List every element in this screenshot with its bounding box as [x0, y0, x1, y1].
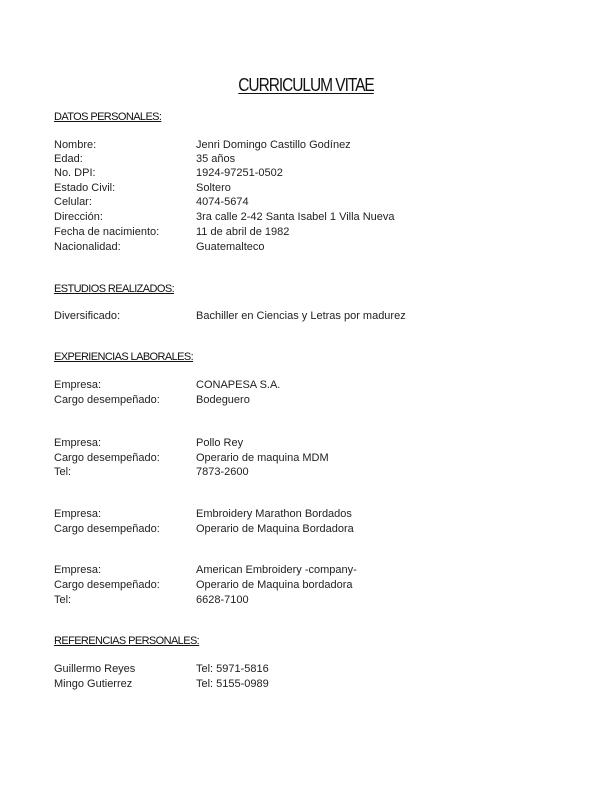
field-value: Embroidery Marathon Bordados: [196, 507, 352, 522]
field-label: Cargo desempeñado:: [54, 522, 160, 537]
field-value: Operario de Maquina Bordadora: [196, 522, 354, 537]
field-value: CONAPESA S.A.: [196, 378, 280, 393]
field-value: Bodeguero: [196, 393, 250, 408]
field-value: 1924-97251-0502: [196, 166, 283, 181]
field-value: Jenri Domingo Castillo Godínez: [196, 138, 351, 153]
field-value: 11 de abril de 1982: [196, 225, 289, 240]
field-label: Diversificado:: [54, 309, 120, 324]
field-label: Empresa:: [54, 436, 101, 451]
field-label: Nacionalidad:: [54, 240, 121, 255]
field-value: 3ra calle 2-42 Santa Isabel 1 Villa Nuev…: [196, 210, 395, 225]
field-label: Nombre:: [54, 138, 96, 153]
field-label: Tel:: [54, 593, 71, 608]
field-value: Soltero: [196, 181, 231, 196]
field-label: Fecha de nacimiento:: [54, 225, 159, 240]
field-label: Empresa:: [54, 563, 101, 578]
field-label: Estado Civil:: [54, 181, 115, 196]
field-label: Tel:: [54, 465, 71, 480]
section-heading-referencias: REFERENCIAS PERSONALES:: [54, 635, 199, 647]
field-label: Cargo desempeñado:: [54, 393, 160, 408]
field-label: Empresa:: [54, 378, 101, 393]
document-title: CURRICULUM VITAE: [43, 75, 569, 96]
field-value: Guatemalteco: [196, 240, 264, 255]
field-label: Dirección:: [54, 210, 103, 225]
field-label: Edad:: [54, 152, 83, 167]
field-label: Celular:: [54, 195, 92, 210]
reference-name: Guillermo Reyes: [54, 662, 135, 677]
field-value: 4074-5674: [196, 195, 249, 210]
field-value: Pollo Rey: [196, 436, 243, 451]
document-page: CURRICULUM VITAE DATOS PERSONALES: Nombr…: [0, 0, 612, 792]
field-value: 7873-2600: [196, 465, 249, 480]
field-value: Operario de maquina MDM: [196, 451, 329, 466]
field-value: Operario de Maquina bordadora: [196, 578, 353, 593]
field-label: No. DPI:: [54, 166, 96, 181]
field-label: Empresa:: [54, 507, 101, 522]
field-value: 6628-7100: [196, 593, 249, 608]
field-value: 35 años: [196, 152, 235, 167]
field-value: American Embroidery -company-: [196, 563, 357, 578]
reference-tel: Tel: 5155-0989: [196, 677, 269, 692]
section-heading-estudios: ESTUDIOS REALIZADOS:: [54, 283, 174, 295]
field-label: Cargo desempeñado:: [54, 451, 160, 466]
reference-tel: Tel: 5971-5816: [196, 662, 269, 677]
reference-name: Mingo Gutierrez: [54, 677, 132, 692]
section-heading-experiencias: EXPERIENCIAS LABORALES:: [54, 351, 193, 363]
field-value: Bachiller en Ciencias y Letras por madur…: [196, 309, 406, 324]
field-label: Cargo desempeñado:: [54, 578, 160, 593]
section-heading-datos-personales: DATOS PERSONALES:: [54, 111, 161, 123]
